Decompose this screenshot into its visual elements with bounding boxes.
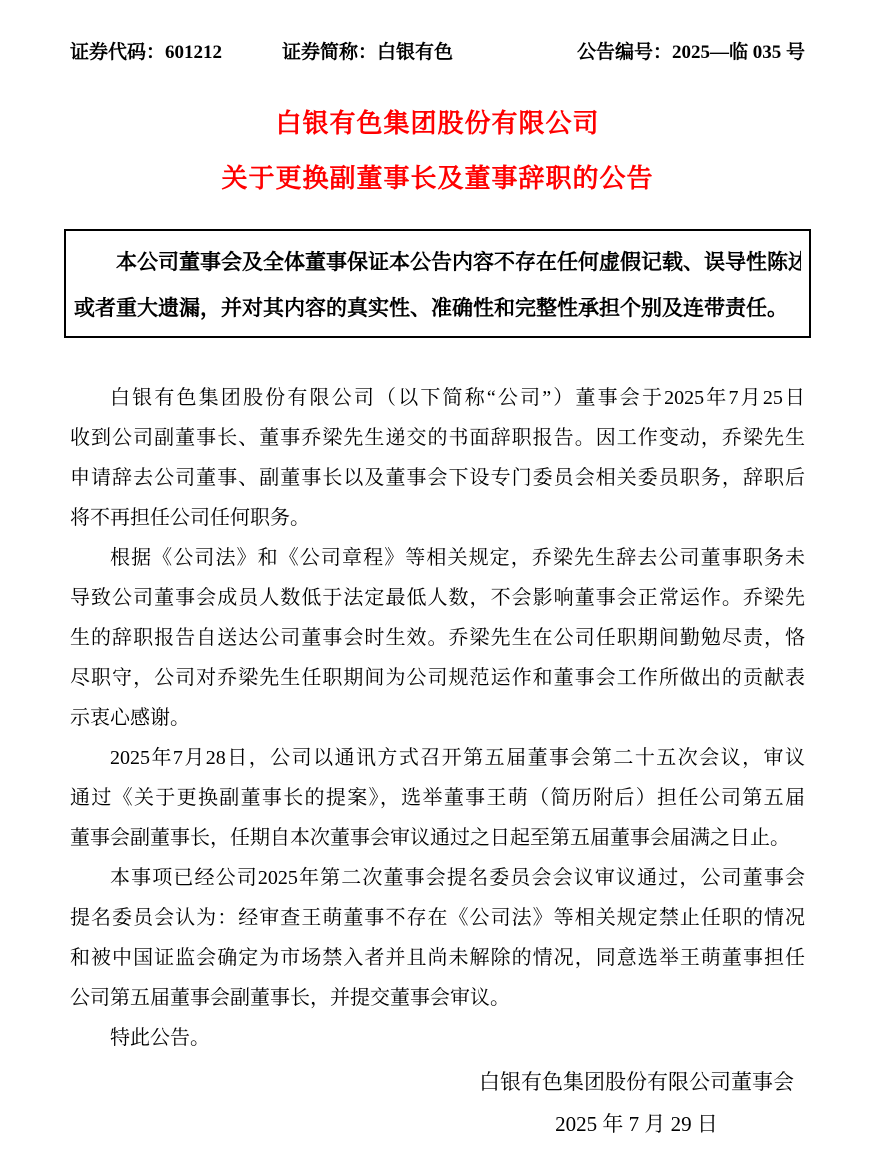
document-header: 证券代码：601212 证券简称：白银有色 公告编号：2025—临 035 号 [70,40,805,66]
body-line: 和被中国证监会确定为市场禁入者并且尚未解除的情况，同意选举王萌董事担任 [70,938,805,978]
stock-code: 证券代码：601212 [70,40,222,66]
body-line: 公司第五届董事会副董事长，并提交董事会审议。 [70,978,805,1018]
stock-short-name: 证券简称：白银有色 [282,40,453,66]
body-line: 提名委员会认为：经审查王萌董事不存在《公司法》等相关规定禁止任职的情况 [70,898,805,938]
disclaimer-box: 本公司董事会及全体董事保证本公告内容不存在任何虚假记载、误导性陈述 或者重大遗漏… [64,229,811,338]
body-line: 通过《关于更换副董事长的提案》，选举董事王萌（简历附后）担任公司第五届 [70,778,805,818]
body-line: 将不再担任公司任何职务。 [70,498,805,538]
body-line: 本事项已经公司2025年第二次董事会提名委员会会议审议通过，公司董事会 [70,858,805,898]
signature-company: 白银有色集团股份有限公司董事会 [479,1061,794,1103]
body-line: 导致公司董事会成员人数低于法定最低人数，不会影响董事会正常运作。乔梁先 [70,578,805,618]
body-line: 董事会副董事长，任期自本次董事会审议通过之日起至第五届董事会届满之日止。 [70,818,805,858]
body-line: 尽职守，公司对乔梁先生任职期间为公司规范运作和董事会工作所做出的贡献表 [70,658,805,698]
document-body: 白银有色集团股份有限公司（以下简称“公司”）董事会于2025年7月25日收到公司… [70,378,805,1058]
signature-block: 白银有色集团股份有限公司董事会 2025 年 7 月 29 日 [70,1061,805,1145]
body-line: 生的辞职报告自送达公司董事会时生效。乔梁先生在公司任职期间勤勉尽责，恪 [70,618,805,658]
body-line: 根据《公司法》和《公司章程》等相关规定，乔梁先生辞去公司董事职务未 [70,538,805,578]
announcement-title: 关于更换副董事长及董事辞职的公告 [70,161,805,195]
disclaimer-line: 本公司董事会及全体董事保证本公告内容不存在任何虚假记载、误导性陈述 [74,239,801,285]
body-line: 示衷心感谢。 [70,698,805,738]
body-line: 白银有色集团股份有限公司（以下简称“公司”）董事会于2025年7月25日 [70,378,805,418]
body-line: 2025年7月28日，公司以通讯方式召开第五届董事会第二十五次会议，审议 [70,738,805,778]
signature-date: 2025 年 7 月 29 日 [479,1103,794,1145]
announcement-document: 证券代码：601212 证券简称：白银有色 公告编号：2025—临 035 号 … [0,0,887,1153]
company-title: 白银有色集团股份有限公司 [70,106,805,140]
disclaimer-line: 或者重大遗漏，并对其内容的真实性、准确性和完整性承担个别及连带责任。 [74,285,801,331]
body-line: 收到公司副董事长、董事乔梁先生递交的书面辞职报告。因工作变动，乔梁先生 [70,418,805,458]
body-line: 特此公告。 [70,1018,805,1058]
body-line: 申请辞去公司董事、副董事长以及董事会下设专门委员会相关委员职务，辞职后 [70,458,805,498]
announcement-number: 公告编号：2025—临 035 号 [577,40,805,66]
